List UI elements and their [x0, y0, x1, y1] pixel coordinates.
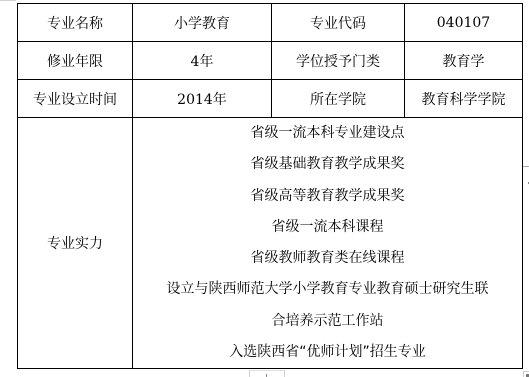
label-established-year: 专业设立时间: [18, 80, 133, 118]
row-handle-line: [523, 166, 529, 167]
strength-list: 省级一流本科专业建设点 省级基础教育教学成果奖 省级高等教育教学成果奖 省级一流…: [133, 118, 523, 369]
major-info-table: 专业名称 小学教育 专业代码 040107 修业年限 4年 学位授予门类 教育学…: [17, 3, 523, 369]
column-resize-handle[interactable]: [249, 370, 285, 377]
strength-item: 省级教师教育类在线课程: [133, 243, 522, 274]
label-degree-category: 学位授予门类: [272, 42, 405, 80]
value-college: 教育科学学院: [405, 80, 523, 118]
strength-item: 合培养示范工作站: [133, 306, 522, 337]
label-major-name: 专业名称: [18, 4, 133, 42]
strength-item: 省级一流本科专业建设点: [133, 118, 522, 149]
page-edge-line: [0, 0, 16, 1]
table-row-strength: 专业实力 省级一流本科专业建设点 省级基础教育教学成果奖 省级高等教育教学成果奖…: [18, 118, 523, 369]
value-study-duration: 4年: [133, 42, 272, 80]
strength-item: 设立与陕西师范大学小学教育专业教育硕士研究生联: [133, 274, 522, 305]
strength-item: 入选陕西省“优师计划”招生专业: [133, 337, 522, 368]
label-major-code: 专业代码: [272, 4, 405, 42]
strength-item: 省级高等教育教学成果奖: [133, 181, 522, 212]
table-row-name-code: 专业名称 小学教育 专业代码 040107: [18, 4, 523, 42]
table-resize-corner[interactable]: [523, 371, 529, 377]
value-established-year: 2014年: [133, 80, 272, 118]
value-degree-category: 教育学: [405, 42, 523, 80]
label-major-strength: 专业实力: [18, 118, 133, 369]
label-college: 所在学院: [272, 80, 405, 118]
strength-item: 省级一流本科课程: [133, 212, 522, 243]
table-row-established-college: 专业设立时间 2014年 所在学院 教育科学学院: [18, 80, 523, 118]
strength-item: 省级基础教育教学成果奖: [133, 149, 522, 180]
value-major-code: 040107: [405, 4, 523, 42]
table-row-duration-degree: 修业年限 4年 学位授予门类 教育学: [18, 42, 523, 80]
value-major-name: 小学教育: [133, 4, 272, 42]
label-study-duration: 修业年限: [18, 42, 133, 80]
